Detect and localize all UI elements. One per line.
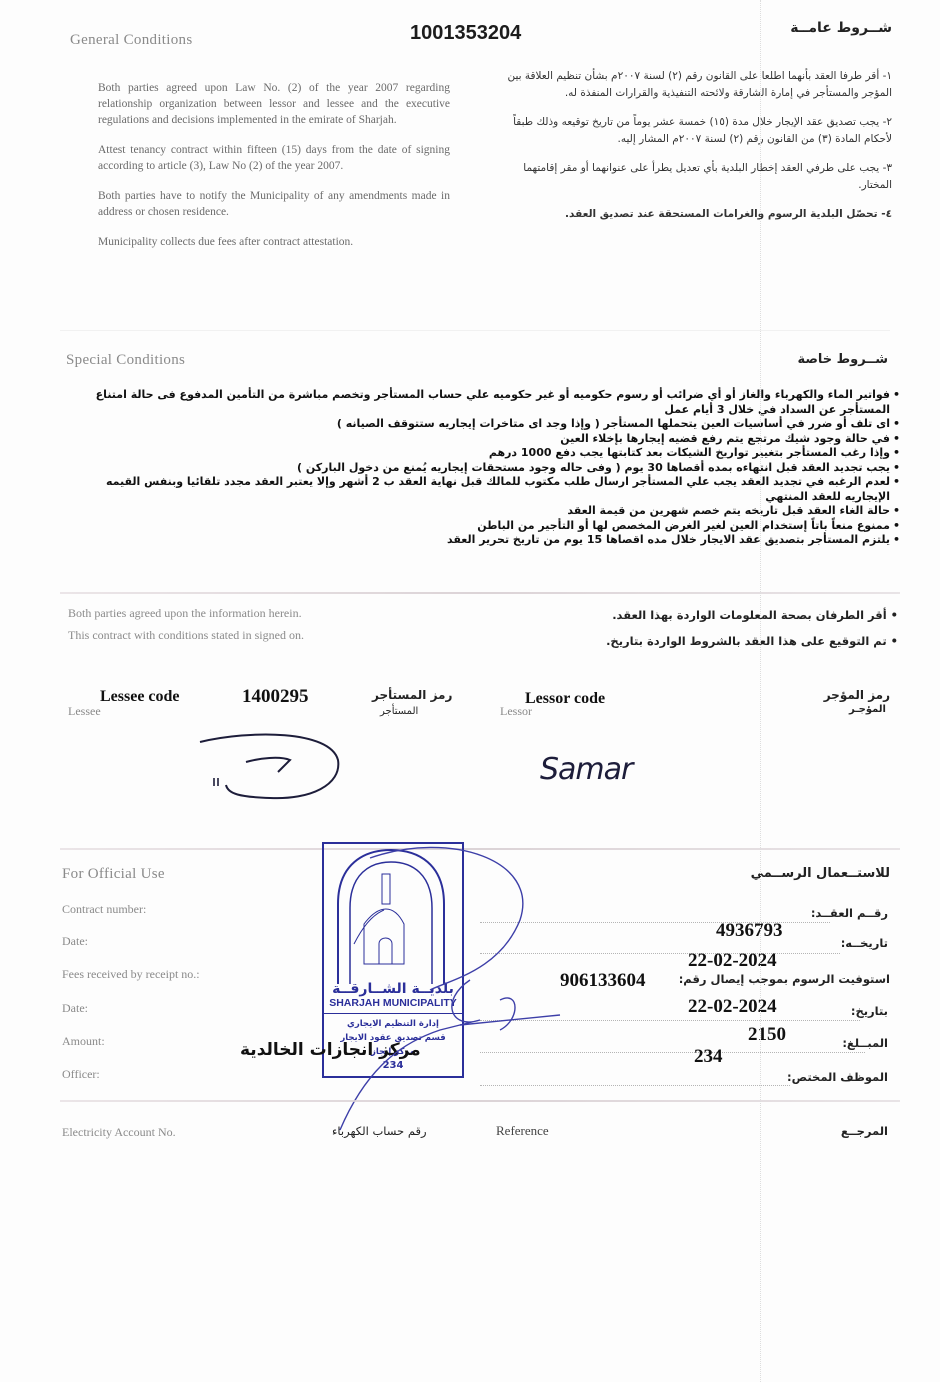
contract-number-label-ar: رقــم العقــد: xyxy=(811,906,888,920)
amount-value: 2150 xyxy=(748,1024,786,1046)
special-condition-7: حالة الغاء العقد قبل تاريخه يتم خصم شهري… xyxy=(70,504,900,519)
special-condition-3: في حالة وجود شيك مرتجع يتم رفع قضيه إيجا… xyxy=(70,432,900,447)
dotted-line xyxy=(480,1085,790,1086)
dotted-line xyxy=(480,1052,865,1053)
officer-value: 234 xyxy=(694,1046,723,1068)
lessee-signature xyxy=(190,730,350,810)
lessor-label-ar: المؤجـر xyxy=(849,704,886,715)
general-condition-ar-2: ٢- يجب تصديق عقد الإيجار خلال مدة (١٥) خ… xyxy=(502,114,892,148)
special-condition-8: ممنوع منعاً باتاً إستخدام العين لغير الغ… xyxy=(70,519,900,534)
lessor-label-en: Lessor xyxy=(500,704,532,719)
contract-number-value: 4936793 xyxy=(716,920,783,942)
special-condition-5: يجب تجديد العقد قبل انتهاءه بمده أقصاها … xyxy=(70,461,900,476)
amount-label-ar: المبــلغ: xyxy=(842,1036,888,1050)
officer-label-ar: الموظف المختص: xyxy=(787,1070,888,1084)
special-conditions-title-ar: شــروط خاصة xyxy=(797,352,888,367)
special-condition-1: فواتير الماء والكهرباء والغاز أو أي ضرائ… xyxy=(70,388,900,417)
dotted-line xyxy=(480,1020,860,1021)
official-use-title-en: For Official Use xyxy=(62,866,165,883)
divider xyxy=(60,848,900,850)
general-condition-ar-1: ١- أقر طرفا العقد بأنهما اطلعا على القان… xyxy=(502,68,892,102)
agreement-en-1: Both parties agreed upon the information… xyxy=(68,606,302,621)
reference-label-en: Reference xyxy=(496,1123,549,1139)
electricity-account-label-en: Electricity Account No. xyxy=(62,1125,176,1140)
general-conditions-title-ar: شــروط عامــة xyxy=(790,20,892,36)
special-condition-4: وإذا رغب المستأجر بتغيير تواريخ الشيكات … xyxy=(70,446,900,461)
stamp-name-ar: بلديــة الشــارقــة xyxy=(324,981,462,997)
contract-number-label-en: Contract number: xyxy=(62,902,146,917)
agreement-en-2: This contract with conditions stated in … xyxy=(68,628,304,643)
special-conditions-title-en: Special Conditions xyxy=(66,352,185,369)
amount-label-en: Amount: xyxy=(62,1034,105,1049)
electricity-account-label-ar: رقم حساب الكهرباء xyxy=(332,1124,427,1138)
divider xyxy=(60,330,890,331)
contract-date-value: 22-02-2024 xyxy=(688,950,777,972)
stamp-name-en: SHARJAH MUNICIPALITY xyxy=(324,997,462,1014)
fees-receipt-label-ar: استوفيت الرسوم بموجب إيصال رقم: xyxy=(679,972,890,986)
special-condition-9: يلتزم المستأجر بتصديق عقد الايجار خلال م… xyxy=(70,533,900,548)
lessee-label-ar: المستأجر xyxy=(380,706,418,717)
special-conditions-list: فواتير الماء والكهرباء والغاز أو أي ضرائ… xyxy=(70,388,900,548)
divider xyxy=(60,1100,900,1102)
date-label-en: Date: xyxy=(62,934,88,949)
center-name: مركز انجازات الخالدية xyxy=(240,1040,421,1060)
general-condition-ar-3: ٣- يجب على طرفي العقد إخطار البلدية بأي … xyxy=(502,160,892,194)
agreement-ar-1: • أقر الطرفان بصحة المعلومات الواردة بهذ… xyxy=(612,608,898,622)
fold-line xyxy=(760,0,762,1382)
lessee-label-en: Lessee xyxy=(68,704,101,719)
receipt-date-label-en: Date: xyxy=(62,1001,88,1016)
divider xyxy=(60,592,900,594)
dotted-line xyxy=(480,953,840,954)
general-condition-en-3: Both parties have to notify the Municipa… xyxy=(98,188,450,220)
general-condition-ar-4: ٤- تحصّل البلدية الرسوم والغرامات المستح… xyxy=(502,206,892,223)
agreement-ar-2: • تم التوقيع على هذا العقد بالشروط الوار… xyxy=(606,634,898,648)
document-number: 1001353204 xyxy=(410,22,521,45)
general-conditions-ar: ١- أقر طرفا العقد بأنهما اطلعا على القان… xyxy=(502,68,892,223)
lessee-code-value: 1400295 xyxy=(242,686,309,708)
date-label-ar: تاريخــه: xyxy=(841,936,888,950)
special-condition-2: اى تلف أو ضرر في أساسيات العين يتحملها ا… xyxy=(70,417,900,432)
receipt-date-value: 22-02-2024 xyxy=(688,996,777,1018)
lessor-signature: Samar xyxy=(540,752,632,787)
general-condition-en-4: Municipality collects due fees after con… xyxy=(98,234,450,250)
special-condition-6: لعدم الرغبه في تجديد العقد يجب علي المست… xyxy=(70,475,900,504)
stamp-line-1: إدارة التنظيم الايجاري xyxy=(324,1017,462,1031)
official-use-title-ar: للاستــعمال الرســمي xyxy=(751,866,890,881)
municipality-emblem-icon xyxy=(324,844,458,984)
general-condition-en-1: Both parties agreed upon Law No. (2) of … xyxy=(98,80,450,128)
general-condition-en-2: Attest tenancy contract within fifteen (… xyxy=(98,142,450,174)
officer-label-en: Officer: xyxy=(62,1067,100,1082)
lessee-code-label-en: Lessee code xyxy=(100,688,180,706)
reference-label-ar: المرجــع xyxy=(841,1124,888,1138)
receipt-number-value: 906133604 xyxy=(560,970,646,992)
fees-receipt-label-en: Fees received by receipt no.: xyxy=(62,967,200,982)
general-conditions-title-en: General Conditions xyxy=(70,32,192,49)
receipt-date-label-ar: بتاريخ: xyxy=(851,1004,888,1018)
lessee-code-label-ar: رمز المستأجر xyxy=(372,688,452,702)
lessor-code-label-en: Lessor code xyxy=(525,690,605,708)
stamp-number: 234 xyxy=(324,1059,462,1073)
general-conditions-en: Both parties agreed upon Law No. (2) of … xyxy=(98,80,450,250)
lessor-code-label-ar: رمز المؤجر xyxy=(824,688,890,702)
